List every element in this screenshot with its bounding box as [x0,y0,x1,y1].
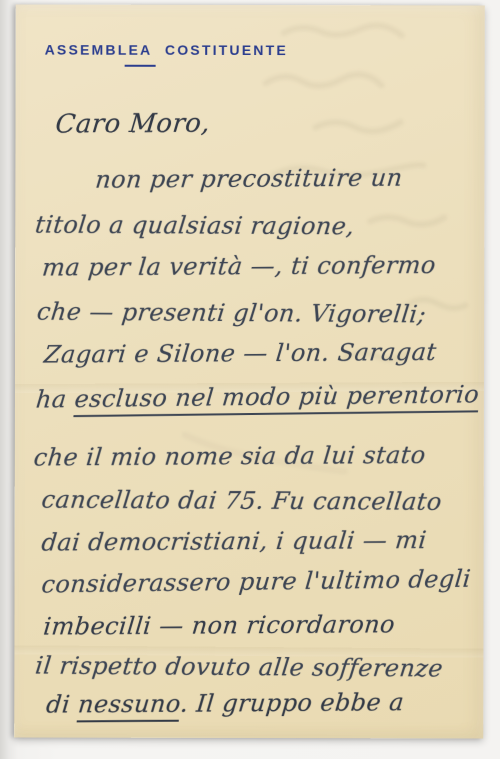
handwriting-line: che il mio nome sia da lui stato [32,434,428,480]
underlined-handwriting-text: escluso nel modo più perentorio [73,380,481,417]
handwriting-line-underlined: di nessuno. Il gruppo ebbe a [44,681,406,726]
handwriting-text: ha [35,385,76,413]
handwriting-line: dai democristiani, i quali — mi [40,519,429,565]
handwriting-line-salutation: Caro Moro, [53,103,212,147]
handwriting-line: cancellato dai 75. Fu cancellato [39,479,444,524]
handwriting-text: . Il gruppo ebbe a [179,688,405,717]
handwriting-line: che — presenti gl'on. Vigorelli; [35,291,429,337]
scanner-background: { "letterhead": { "title": "ASSEMBLEA CO… [0,0,500,759]
handwriting-line: non per precostituire un [93,157,404,202]
handwriting-line: titolo a qualsiasi ragione, [33,204,357,249]
handwriting-line: Zagari e Silone — l'on. Saragat [42,331,439,377]
handwriting-text: di [45,690,80,718]
handwriting-line: considerassero pure l'ultimo degli [40,558,473,607]
handwritten-letter-body: Caro Moro, non per precostituire un tito… [14,5,485,739]
letter-paper: ASSEMBLEA COSTITUENTE Caro Moro, non per… [14,5,485,739]
underlined-handwriting-text: nessuno [76,690,181,723]
handwriting-line-underlined: ha escluso nel modo più perentorio [34,373,481,421]
handwriting-line: ma per la verità —, ti confermo [40,244,438,290]
handwriting-line: imbecilli — non ricordarono [41,603,397,648]
